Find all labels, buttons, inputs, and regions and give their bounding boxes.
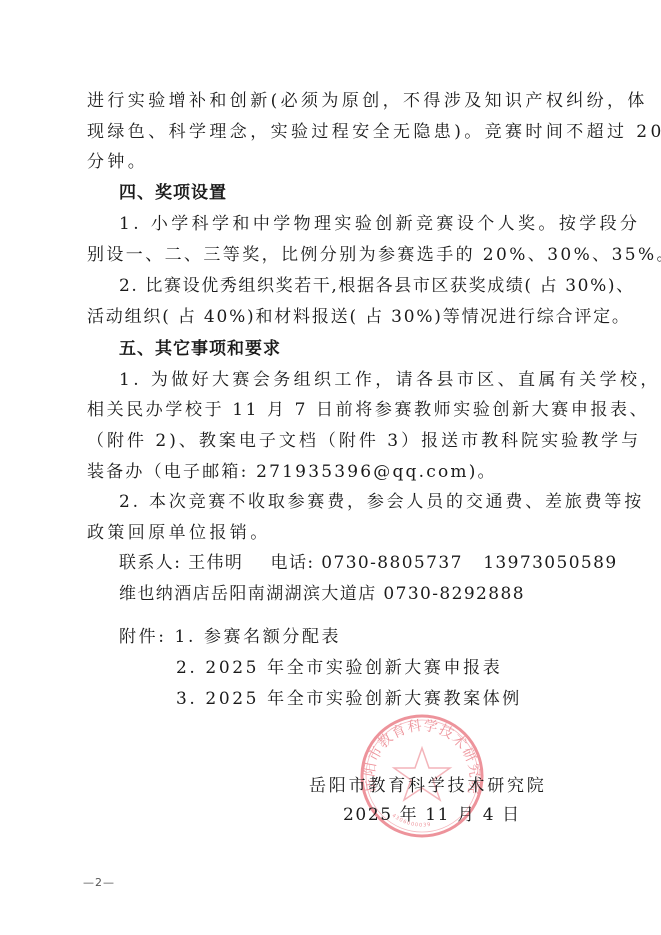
attachment-item: 3. 2025 年全市实验创新大赛教案体例 xyxy=(176,688,522,710)
section-heading-awards: 四、奖项设置 xyxy=(119,182,227,204)
paragraph-line: 现绿色、科学理念，实验过程安全无隐患)。竞赛时间不超过 20 xyxy=(87,121,661,143)
page-number: —2— xyxy=(83,876,115,889)
attachment-label-text: 附件: xyxy=(119,627,175,647)
paragraph-line: 活动组织( 占 40%)和材料报送( 占 30%)等情况进行综合评定。 xyxy=(87,306,631,328)
attachment-item: 2. 2025 年全市实验创新大赛申报表 xyxy=(176,657,502,679)
paragraph-line: 装备办（电子邮箱: 271935396@qq.com)。 xyxy=(87,461,497,483)
signature-organization: 岳阳市教育科学技术研究院 xyxy=(309,771,547,796)
paragraph-line: （附件 2)、教案电子文档（附件 3）报送市教科院实验教学与 xyxy=(87,430,641,452)
paragraph-line: 1. 为做好大赛会务组织工作，请各县市区、直属有关学校， xyxy=(119,369,661,391)
signature-date: 2025 年 11 月 4 日 xyxy=(343,800,521,825)
paragraph-line: 分钟。 xyxy=(87,151,148,173)
paragraph-line: 1. 小学科学和中学物理实验创新竞赛设个人奖。按学段分 xyxy=(119,213,640,235)
paragraph-line: 2. 本次竞赛不收取参赛费，参会人员的交通费、差旅费等按 xyxy=(119,491,644,513)
section-heading-other: 五、其它事项和要求 xyxy=(119,338,281,360)
paragraph-line: 2. 比赛设优秀组织奖若干,根据各县市区获奖成绩( 占 30%)、 xyxy=(119,275,635,297)
paragraph-line: 进行实验增补和创新(必须为原创，不得涉及知识产权纠纷，体 xyxy=(87,90,648,112)
paragraph-line: 别设一、二、三等奖，比例分别为参赛选手的 20%、30%、35%。 xyxy=(87,244,661,266)
contact-line: 联系人: 王伟明 电话: 0730-8805737 13973050589 xyxy=(119,552,618,574)
attachment-item: 1. 参赛名额分配表 xyxy=(175,627,342,647)
hotel-line: 维也纳酒店岳阳南湖湖滨大道店 0730-8292888 xyxy=(119,583,525,605)
paragraph-line: 政策回原单位报销。 xyxy=(87,522,271,544)
paragraph-line: 相关民办学校于 11 月 7 日前将参赛教师实验创新大赛申报表、 xyxy=(87,399,649,421)
attachment-label: 附件: 1. 参赛名额分配表 xyxy=(119,626,341,648)
